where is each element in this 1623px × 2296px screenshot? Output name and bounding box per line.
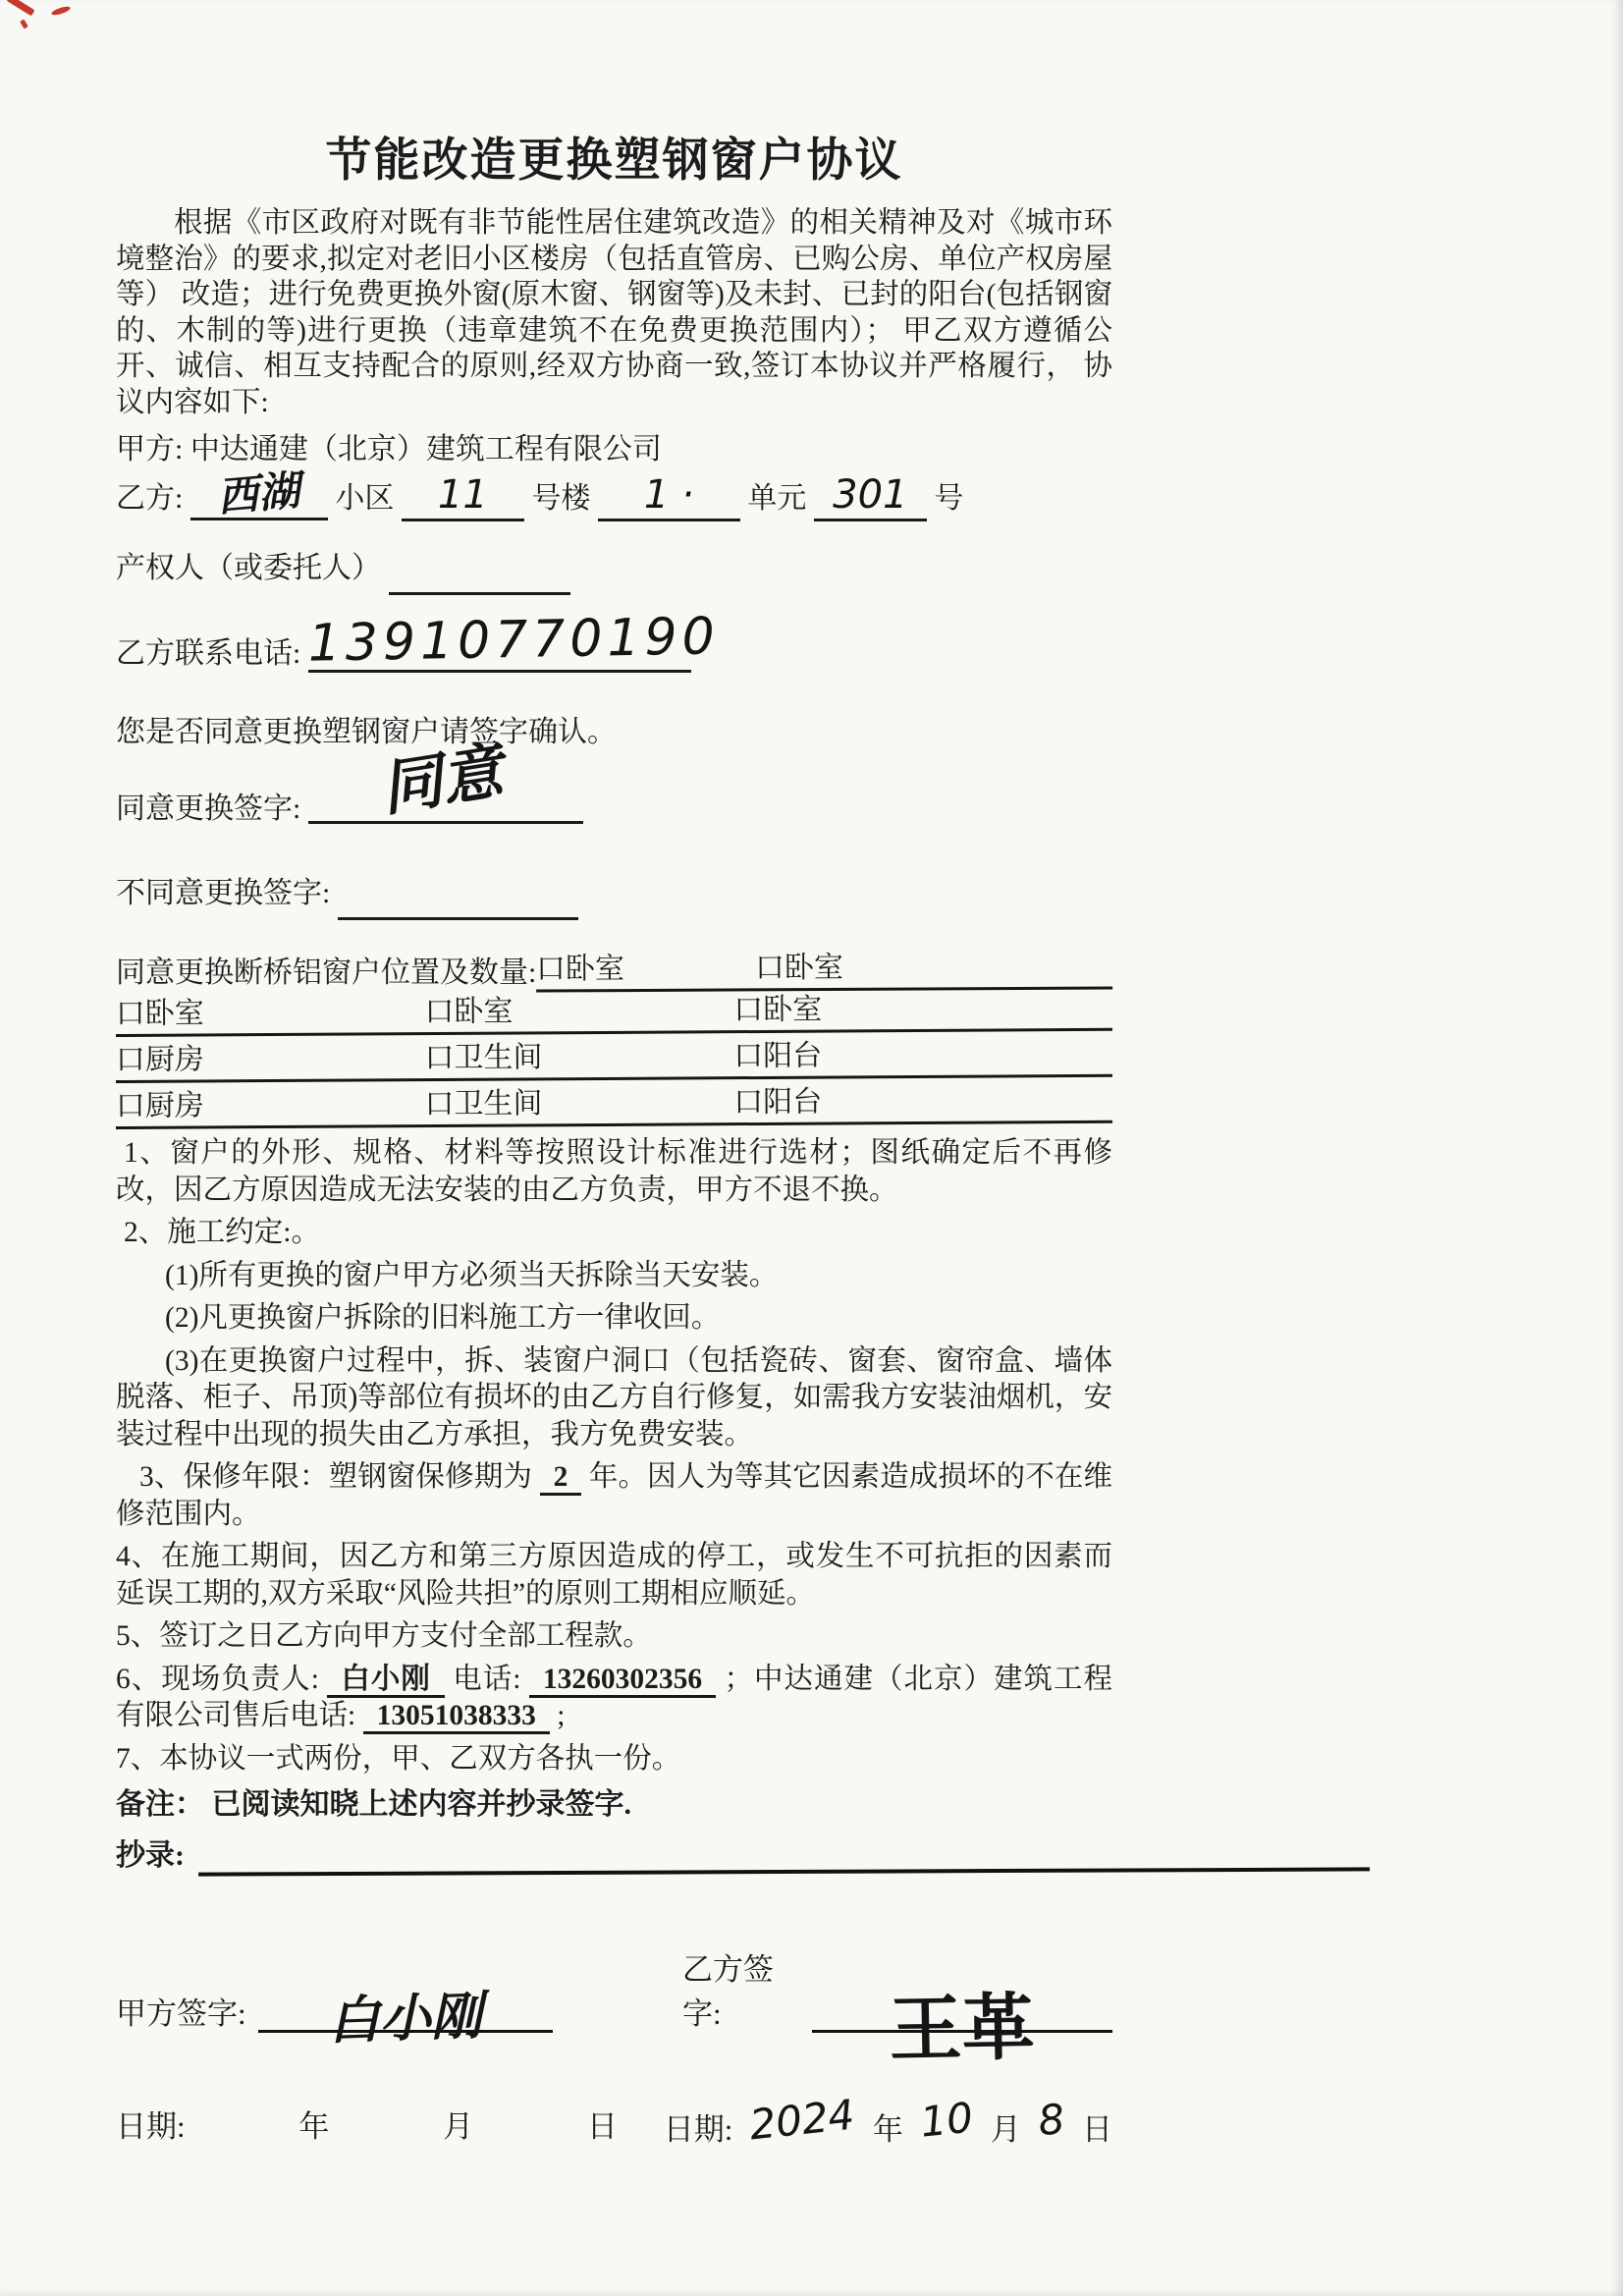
scan-artifact-red-3 xyxy=(20,19,28,28)
date-a-year-suffix: 年 xyxy=(298,2109,329,2144)
date-b-year-suffix: 年 xyxy=(873,2112,903,2147)
locations-header-label: 同意更换断桥铝窗户位置及数量: xyxy=(116,948,536,991)
clause-2-2: (2)凡更换窗户拆除的旧料施工方一律收回。 xyxy=(116,1300,1112,1338)
remark-text: 已阅读知晓上述内容并抄录签字. xyxy=(212,1788,632,1821)
site-manager-name: 白小刚 xyxy=(327,1664,445,1698)
phone-handwriting: 13910770190 xyxy=(307,617,720,663)
party-a-signature-handwriting: 白小刚 xyxy=(327,1974,483,2052)
clause-6-phone-label: 电话: xyxy=(453,1664,520,1695)
phone-line: 乙方联系电话: 13910770190 xyxy=(116,634,1112,674)
location-cell: 口卧室 xyxy=(424,987,513,1031)
owner-blank xyxy=(389,557,570,595)
party-a-label: 甲方: xyxy=(116,433,183,465)
warranty-years-blank: 2 xyxy=(540,1461,582,1496)
disagree-blank xyxy=(338,882,578,920)
unit-suffix-label: 单元 xyxy=(747,482,806,515)
clause-2-3: (3)在更换窗户过程中，拆、装窗户洞口（包括瓷砖、窗套、窗帘盒、墙体脱落、柜子、… xyxy=(116,1343,1112,1454)
signature-row: 甲方签字: 白小刚 乙方签字: 王革 xyxy=(116,1944,1112,2033)
locations-row-1: 口卧室 口卧室 口卧室 xyxy=(116,985,1112,1037)
party-a-line: 甲方: 中达通建（北京）建筑工程有限公司 xyxy=(116,430,1112,469)
location-cell: 口卧室 xyxy=(733,985,822,1029)
owner-line: 产权人（或委托人） xyxy=(116,549,1112,595)
clause-6: 6、现场负责人: 白小刚 电话: 13260302356 ；中达通建（北京）建筑… xyxy=(116,1662,1112,1735)
community-handwriting: 西湖 xyxy=(216,470,301,517)
aftersales-phone: 13051038333 xyxy=(363,1700,550,1734)
location-cell: 口卧室 xyxy=(536,944,624,987)
confirm-note-line: 您是否同意更换塑钢窗户请签字确认。 xyxy=(116,713,1112,752)
locations-row-3: 口厨房 口卫生间 口阳台 xyxy=(116,1077,1112,1129)
clause-3-pre: 3、保修年限：塑钢窗保修期为 xyxy=(139,1461,532,1493)
agree-blank: 同意 xyxy=(308,786,583,824)
disagree-sign-line: 不同意更换签字: xyxy=(116,874,1112,920)
building-suffix-label: 号楼 xyxy=(531,482,590,515)
copy-label: 抄录: xyxy=(116,1831,185,1874)
building-handwriting: 11 xyxy=(438,475,488,515)
date-a-month-suffix: 月 xyxy=(443,2109,473,2144)
clause-3: 3、保修年限：塑钢窗保修期为 2 年。因人为等其它因素造成损坏的不在维修范围内。 xyxy=(116,1459,1112,1533)
clause-7: 7、本协议一式两份，甲、乙双方各执一份。 xyxy=(116,1741,1112,1778)
date-b-month-suffix: 月 xyxy=(991,2112,1021,2147)
location-cell: 口阳台 xyxy=(733,1077,822,1121)
community-blank: 西湖 xyxy=(190,482,328,520)
document-title: 节能改造更换塑钢窗户协议 xyxy=(116,124,1112,190)
party-b-date-block: 日期: 2024 年 10 月 8 日 xyxy=(664,2102,1112,2150)
remark-label: 备注： xyxy=(116,1788,204,1821)
party-b-signature-handwriting: 王革 xyxy=(888,1970,1035,2077)
room-suffix-label: 号 xyxy=(934,482,963,515)
date-b-day-suffix: 日 xyxy=(1082,2112,1112,2147)
disagree-label: 不同意更换签字: xyxy=(116,877,330,909)
copy-blank xyxy=(198,1830,1370,1876)
document-content: 节能改造更换塑钢窗户协议 根据《市区政府对既有非节能性居住建筑改造》的相关精神及… xyxy=(116,124,1112,2150)
scanned-agreement-page: 节能改造更换塑钢窗户协议 根据《市区政府对既有非节能性居住建筑改造》的相关精神及… xyxy=(0,0,1623,2296)
scan-artifact-red-1 xyxy=(6,0,34,16)
party-b-sign-label: 乙方签字: xyxy=(682,1944,800,2033)
room-handwriting: 301 xyxy=(833,475,907,515)
locations-row-2: 口厨房 口卫生间 口阳台 xyxy=(116,1031,1112,1083)
phone-blank: 13910770190 xyxy=(308,634,691,673)
scan-artifact-red-2 xyxy=(51,5,72,17)
party-b-line: 乙方: 西湖 小区 11 号楼 1 · 单元 301 号 xyxy=(116,479,1112,521)
party-a-date-block: 日期: 年 月 日 xyxy=(116,2102,664,2150)
party-b-label: 乙方: xyxy=(116,482,183,515)
location-cell: 口卧室 xyxy=(116,988,204,1032)
location-cell: 口厨房 xyxy=(116,1034,204,1078)
party-a-signature-block: 甲方签字: 白小刚 xyxy=(116,1989,682,2033)
party-b-sign-blank: 王革 xyxy=(812,1993,1112,2033)
agree-handwriting: 同意 xyxy=(378,751,505,809)
party-a-sign-blank: 白小刚 xyxy=(258,1993,553,2033)
location-cell: 口厨房 xyxy=(116,1080,204,1124)
date-b-year-handwriting: 2024 xyxy=(747,2091,856,2150)
room-blank: 301 xyxy=(814,483,927,521)
location-cell: 口卧室 xyxy=(755,943,843,986)
locations-header-row: 同意更换断桥铝窗户位置及数量: 口卧室 口卧室 xyxy=(116,946,1112,991)
clause-5: 5、签订之日乙方向甲方支付全部工程款。 xyxy=(116,1618,1112,1656)
date-row: 日期: 年 月 日 日期: 2024 年 10 月 8 日 xyxy=(116,2102,1112,2150)
date-a-day-suffix: 日 xyxy=(587,2109,618,2144)
party-b-signature-block: 乙方签字: 王革 xyxy=(682,1944,1112,2033)
community-suffix-label: 小区 xyxy=(335,482,394,515)
date-b-label: 日期: xyxy=(664,2112,733,2147)
clause-1: 1、窗户的外形、规格、材料等按照设计标准进行选材；图纸确定后不再修改，因乙方原因… xyxy=(116,1135,1112,1209)
confirm-note: 您是否同意更换塑钢窗户请签字确认。 xyxy=(116,716,617,748)
agree-label: 同意更换签字: xyxy=(116,793,300,825)
agree-sign-line: 同意更换签字: 同意 xyxy=(116,786,1112,829)
unit-blank: 1 · xyxy=(598,483,740,521)
copy-line: 抄录: xyxy=(116,1831,1370,1874)
owner-label: 产权人（或委托人） xyxy=(116,552,381,584)
site-manager-phone: 13260302356 xyxy=(529,1664,716,1698)
location-cell: 口阳台 xyxy=(733,1031,822,1075)
clause-2: 2、施工约定:。 xyxy=(116,1215,1112,1252)
location-cell: 口卫生间 xyxy=(424,1032,542,1076)
phone-label: 乙方联系电话: xyxy=(116,637,300,670)
location-cell: 口卫生间 xyxy=(424,1078,542,1122)
remark-line: 备注： 已阅读知晓上述内容并抄录签字. xyxy=(116,1785,1112,1825)
date-b-month-handwriting: 10 xyxy=(918,2093,975,2146)
clause-6-tail: ; xyxy=(557,1700,565,1731)
clause-4: 4、在施工期间，因乙方和第三方原因造成的停工，或发生不可抗拒的因素而延误工期的,… xyxy=(116,1539,1112,1613)
building-blank: 11 xyxy=(402,483,524,521)
intro-paragraph: 根据《市区政府对既有非节能性居住建筑改造》的相关精神及对《城市环境整治》的要求,… xyxy=(116,205,1112,420)
party-a-value: 中达通建（北京）建筑工程有限公司 xyxy=(190,433,662,465)
date-b-day-handwriting: 8 xyxy=(1035,2095,1066,2146)
unit-handwriting: 1 · xyxy=(644,475,694,515)
party-a-sign-label: 甲方签字: xyxy=(116,1989,246,2033)
clause-2-1: (1)所有更换的窗户甲方必须当天拆除当天安装。 xyxy=(116,1258,1112,1295)
date-a-label: 日期: xyxy=(116,2109,186,2144)
clause-6-label: 6、现场负责人: xyxy=(116,1664,319,1695)
